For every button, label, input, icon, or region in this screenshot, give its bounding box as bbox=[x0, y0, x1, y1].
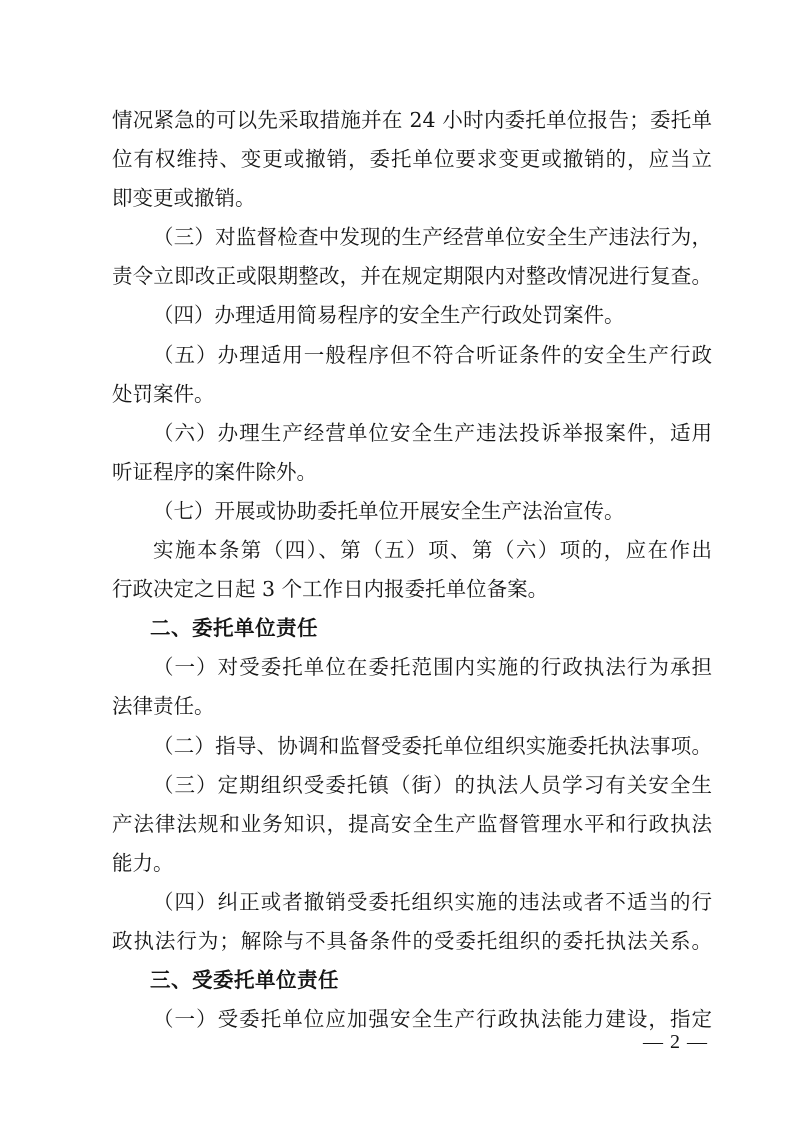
document-page: 情况紧急的可以先采取措施并在 24 小时内委托单位报告；委托单 位有权维持、变更… bbox=[0, 0, 794, 1123]
text-line: 即变更或撤销。 bbox=[112, 179, 712, 218]
text-line: （一）受委托单位应加强安全生产行政执法能力建设，指定 bbox=[112, 1000, 712, 1039]
text-line: （六）办理生产经营单位安全生产违法投诉举报案件，适用 bbox=[112, 414, 712, 453]
text-line: 实施本条第（四）、第（五）项、第（六）项的，应在作出 bbox=[112, 531, 712, 570]
document-body: 情况紧急的可以先采取措施并在 24 小时内委托单位报告；委托单 位有权维持、变更… bbox=[112, 101, 712, 1039]
text-line: 能力。 bbox=[112, 844, 712, 883]
page-number: — 2 — bbox=[643, 1029, 708, 1055]
text-line: （三）定期组织受委托镇（街）的执法人员学习有关安全生 bbox=[112, 766, 712, 805]
list-item-5-general-procedure: （五）办理适用一般程序但不符合听证条件的安全生产行政 处罚案件。 bbox=[112, 336, 712, 414]
paragraph-continued: 情况紧急的可以先采取措施并在 24 小时内委托单位报告；委托单 位有权维持、变更… bbox=[112, 101, 712, 218]
list-item-4-simple-procedure: （四）办理适用简易程序的安全生产行政处罚案件。 bbox=[112, 296, 712, 335]
list-item-7-legal-publicity: （七）开展或协助委托单位开展安全生产法治宣传。 bbox=[112, 492, 712, 531]
section-heading-text: 三、受委托单位责任 bbox=[112, 961, 712, 1000]
section-heading-text: 二、委托单位责任 bbox=[112, 609, 712, 648]
text-line: 处罚案件。 bbox=[112, 375, 712, 414]
text-line: 情况紧急的可以先采取措施并在 24 小时内委托单位报告；委托单 bbox=[112, 101, 712, 140]
text-line: （二）指导、协调和监督受委托单位组织实施委托执法事项。 bbox=[112, 727, 712, 766]
text-line: （四）办理适用简易程序的安全生产行政处罚案件。 bbox=[112, 296, 712, 335]
text-line: （一）对受委托单位在委托范围内实施的行政执法行为承担 bbox=[112, 648, 712, 687]
list-item-6-complaint-cases: （六）办理生产经营单位安全生产违法投诉举报案件，适用 听证程序的案件除外。 bbox=[112, 414, 712, 492]
section-heading-2: 二、委托单位责任 bbox=[112, 609, 712, 648]
text-line: 位有权维持、变更或撤销，委托单位要求变更或撤销的，应当立 bbox=[112, 140, 712, 179]
section-heading-3: 三、受委托单位责任 bbox=[112, 961, 712, 1000]
text-line: 听证程序的案件除外。 bbox=[112, 453, 712, 492]
text-line: 产法律法规和业务知识，提高安全生产监督管理水平和行政执法 bbox=[112, 805, 712, 844]
text-line: （七）开展或协助委托单位开展安全生产法治宣传。 bbox=[112, 492, 712, 531]
text-line: （三）对监督检查中发现的生产经营单位安全生产违法行为， bbox=[112, 218, 712, 257]
text-line: 政执法行为；解除与不具备条件的受委托组织的委托执法关系。 bbox=[112, 922, 712, 961]
list-item-2-guidance-coordination: （二）指导、协调和监督受委托单位组织实施委托执法事项。 bbox=[112, 727, 712, 766]
list-item-3-regular-training: （三）定期组织受委托镇（街）的执法人员学习有关安全生 产法律法规和业务知识，提高… bbox=[112, 766, 712, 883]
text-line: （四）纠正或者撤销受委托组织实施的违法或者不适当的行 bbox=[112, 883, 712, 922]
text-line: 行政决定之日起 3 个工作日内报委托单位备案。 bbox=[112, 570, 712, 609]
list-item-1-capacity-building: （一）受委托单位应加强安全生产行政执法能力建设，指定 bbox=[112, 1000, 712, 1039]
paragraph-filing-requirement: 实施本条第（四）、第（五）项、第（六）项的，应在作出 行政决定之日起 3 个工作… bbox=[112, 531, 712, 609]
list-item-1-legal-responsibility: （一）对受委托单位在委托范围内实施的行政执法行为承担 法律责任。 bbox=[112, 648, 712, 726]
text-line: 法律责任。 bbox=[112, 687, 712, 726]
text-line: 责令立即改正或限期整改，并在规定期限内对整改情况进行复查。 bbox=[112, 257, 712, 296]
list-item-4-correct-revoke: （四）纠正或者撤销受委托组织实施的违法或者不适当的行 政执法行为；解除与不具备条… bbox=[112, 883, 712, 961]
text-line: （五）办理适用一般程序但不符合听证条件的安全生产行政 bbox=[112, 336, 712, 375]
list-item-3-supervision-inspection: （三）对监督检查中发现的生产经营单位安全生产违法行为， 责令立即改正或限期整改，… bbox=[112, 218, 712, 296]
